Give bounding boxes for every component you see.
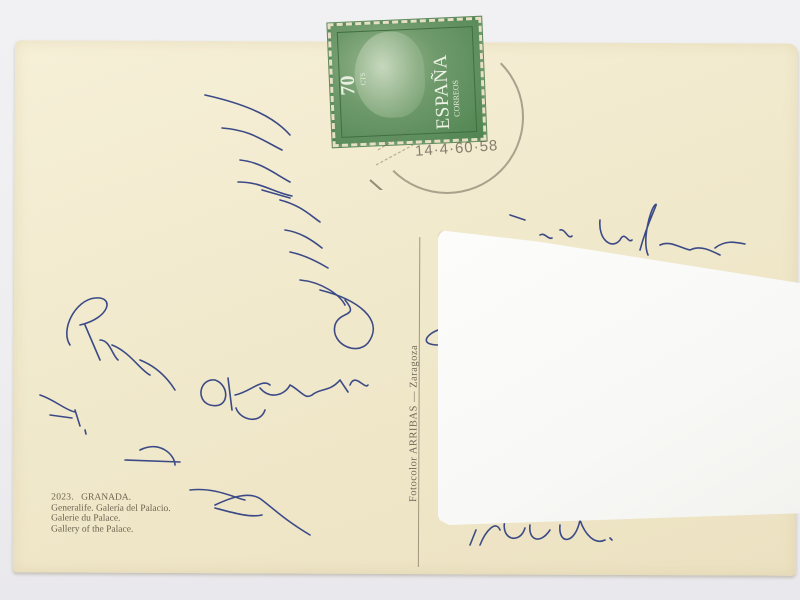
caption-number: 2023. <box>51 492 74 502</box>
handwriting-transcription: Tanti saluti Papa Mazim 14. 5. 85 ...m'd… <box>0 0 1 1</box>
caption-english: Gallery of the Palace. <box>51 524 171 535</box>
caption-title: 2023. GRANADA. <box>51 492 171 503</box>
handwritten-greeting: Tanti saluti <box>0 0 1 1</box>
postcard-caption: 2023. GRANADA. Generalife. Galería del P… <box>51 492 171 535</box>
stamp-unit: CTS <box>359 72 368 85</box>
caption-city: GRANADA. <box>81 493 131 503</box>
stamp-value: 70 <box>337 75 361 96</box>
caption-french: Galerie du Palace. <box>51 513 171 524</box>
publisher-credit: Fotocolor ARRIBAS — Zaragoza <box>408 345 420 502</box>
caption-spanish: Generalife. Galería del Palacio. <box>51 503 171 514</box>
stamp-service: CORREOS <box>451 80 462 117</box>
postmark-cancel-marks <box>358 110 418 190</box>
